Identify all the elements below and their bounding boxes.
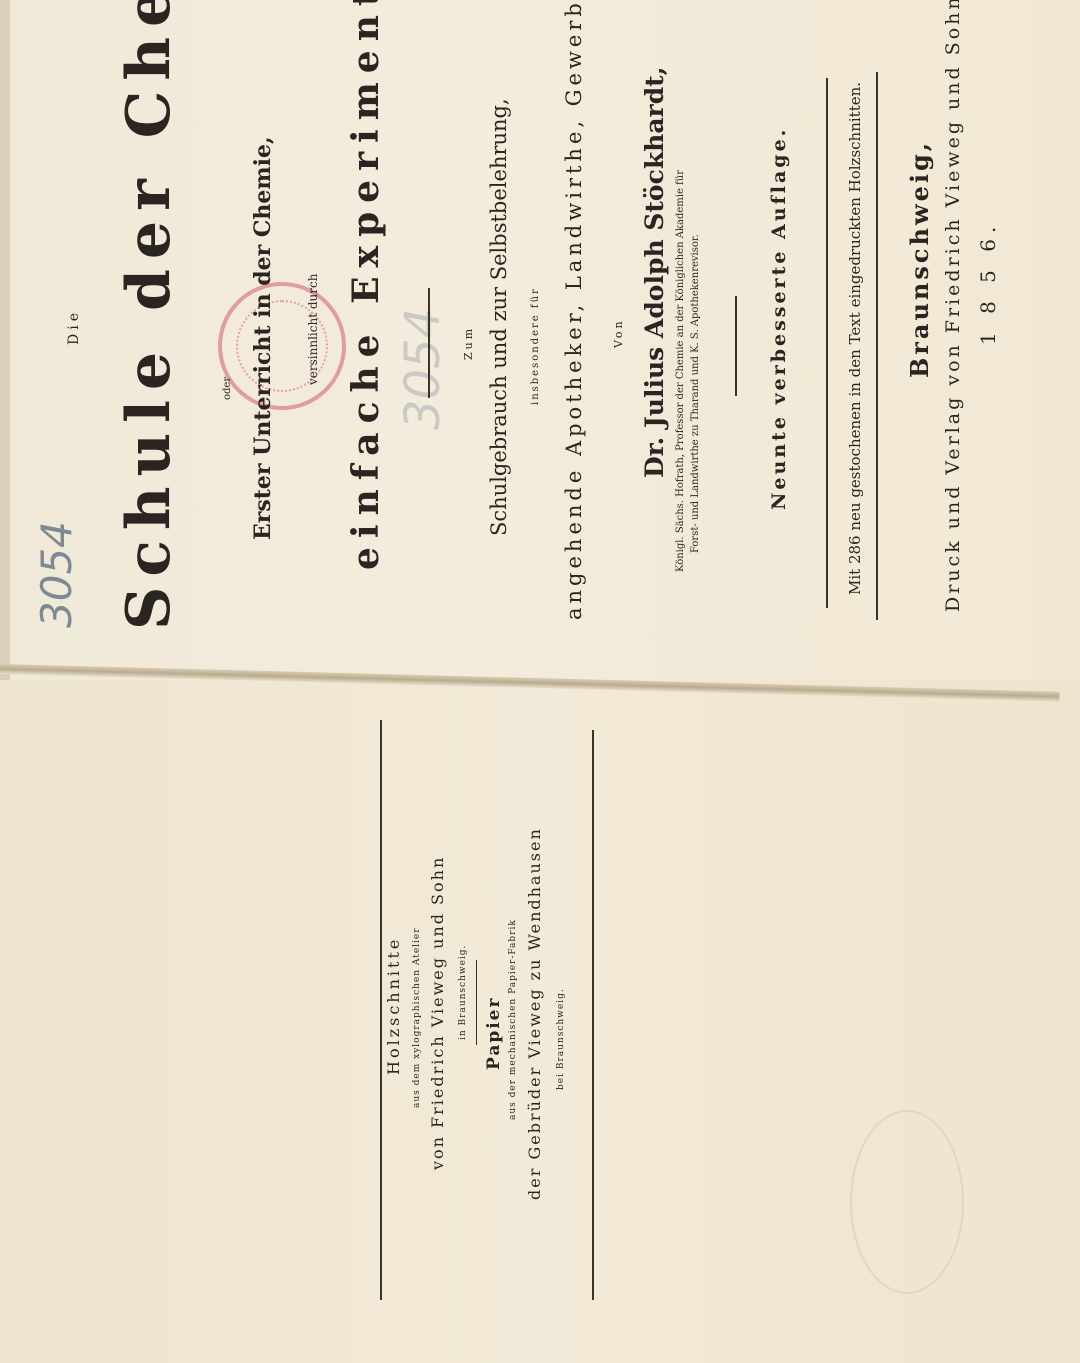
page-edge (0, 0, 10, 680)
paper-line-2: der Gebrüder Vieweg zu Wendhausen (525, 827, 544, 1200)
publication-year: 1 8 5 6. (976, 221, 1000, 345)
oder-label: oder (222, 377, 233, 400)
main-title: Schule der Chemie, (114, 0, 184, 630)
divider-rule (876, 72, 878, 620)
von-label: Von (612, 318, 625, 348)
woodcuts-line-1: aus dem xylographischen Atelier (412, 927, 422, 1108)
experimente-title: einfache Experimente. (345, 0, 387, 570)
shelf-mark: 3054 (32, 521, 81, 628)
library-stamp (218, 282, 346, 410)
insbesondere-label: insbesondere für (530, 287, 541, 405)
verso-divider (476, 960, 477, 1045)
verso-rule-right (592, 730, 594, 1300)
usage-line: Schulgebrauch und zur Selbstbelehrung, (487, 98, 511, 536)
paper-line-1: aus der mechanischen Papier-Fabrik (508, 919, 518, 1120)
verso-rule-left (380, 720, 382, 1300)
audience-line: angehende Apotheker, Landwirthe, Gewerbt… (562, 0, 586, 620)
author-name: Dr. Julius Adolph Stöckhardt, (640, 67, 669, 478)
woodcuts-line-3: in Braunschweig. (458, 945, 468, 1040)
author-credentials-1: Königl. Sächs. Hofrath, Professor der Ch… (675, 170, 686, 572)
author-credentials-2: Forst- und Landwirthe zu Tharand und K. … (690, 234, 701, 553)
die-label: Die (66, 309, 82, 345)
zum-label: Zum (462, 326, 475, 360)
versinnlicht-label: versinnlicht durch (306, 274, 320, 385)
divider-rule (428, 288, 430, 398)
faint-stamp (850, 1110, 964, 1294)
pencil-note: 3054 (395, 308, 451, 430)
publication-place: Braunschweig, (905, 140, 934, 378)
edition-line: Neunte verbesserte Auflage. (768, 127, 790, 510)
divider-rule (735, 296, 737, 396)
subtitle: Erster Unterricht in der Chemie, (250, 136, 276, 540)
paper-heading: Papier (484, 997, 504, 1070)
woodcuts-line-2: von Friedrich Vieweg und Sohn (428, 856, 447, 1170)
illustrations-line: Mit 286 neu gestochenen in den Text eing… (846, 82, 864, 595)
divider-rule (826, 78, 828, 608)
publisher-line: Druck und Verlag von Friedrich Vieweg un… (942, 0, 964, 612)
paper-line-3: bei Braunschweig. (556, 988, 566, 1090)
woodcuts-heading: Holzschnitte (384, 937, 403, 1075)
